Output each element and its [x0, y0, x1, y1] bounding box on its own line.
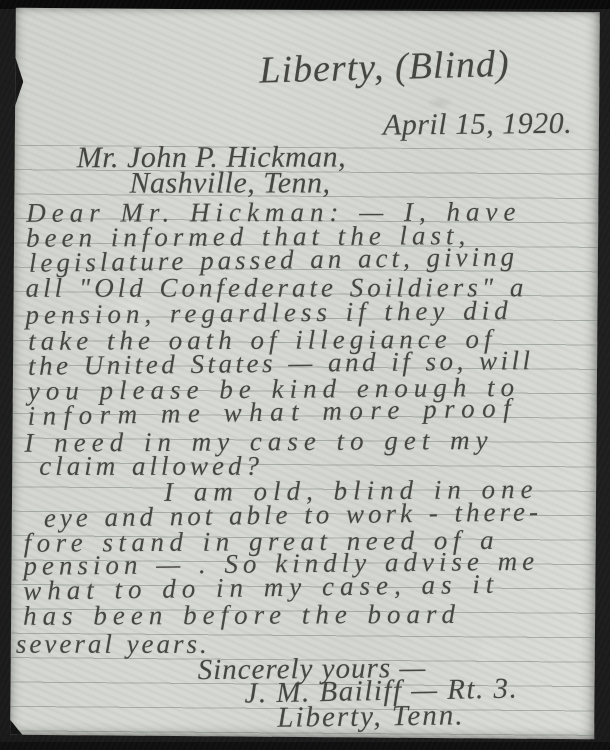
paper-fold-shadow-left — [14, 55, 23, 109]
scan-background: Liberty, (Blind) April 15, 1920. Mr. Joh… — [0, 0, 610, 750]
letter-date-line: April 15, 1920. — [383, 107, 572, 143]
letter-signature-place-line: Liberty, Tenn. — [277, 699, 465, 735]
paper-corner-shadow-bottom-left — [10, 719, 23, 736]
letter-paper: Liberty, (Blind) April 15, 1920. Mr. Joh… — [10, 8, 600, 740]
letter-recipient-city: Nashville, Tenn, — [129, 166, 330, 201]
letter-body-line-17: several years. — [16, 629, 210, 660]
letter-place-line: Liberty, (Blind) — [259, 43, 510, 93]
letter-body-line-16: has been before the board — [23, 599, 461, 632]
scan-bottom-band — [0, 742, 610, 750]
